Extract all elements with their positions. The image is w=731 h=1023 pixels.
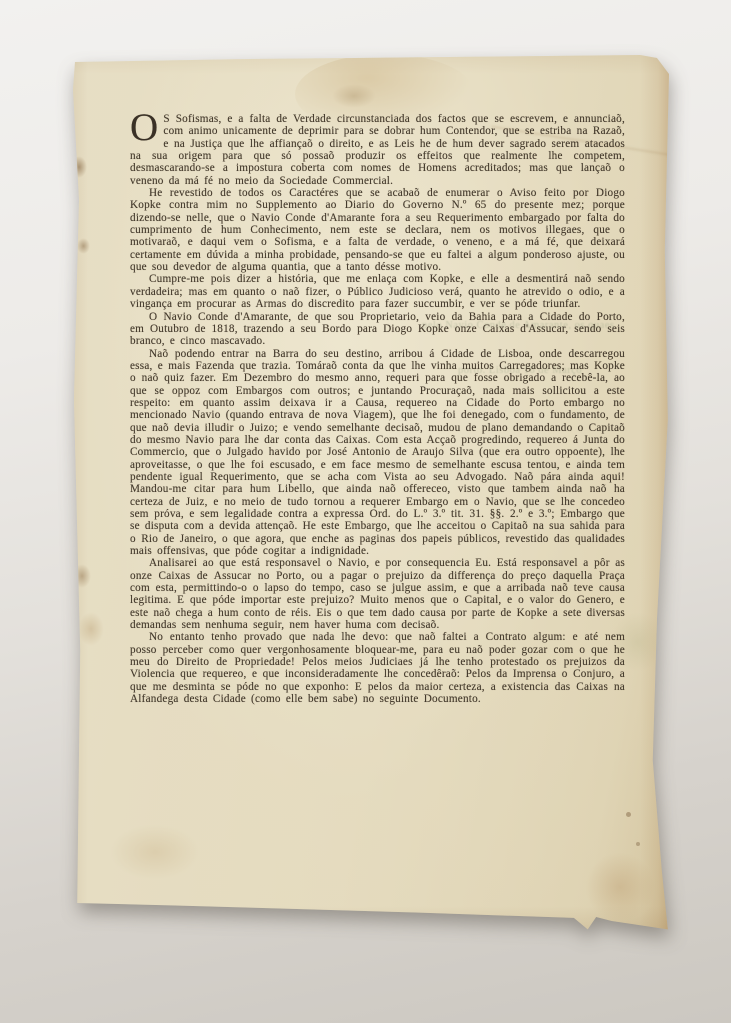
pamphlet-paper: pelo Navio Conde de Amarante, os quaes p… (70, 52, 672, 932)
paragraph: No entanto tenho provado que nada lhe de… (130, 631, 625, 705)
paragraph: OS Sofismas, e a falta de Verdade circun… (130, 113, 625, 187)
stain (78, 612, 104, 646)
paragraph: Analisarei ao que está responsavel o Nav… (130, 557, 625, 631)
stain (110, 824, 200, 880)
stain (636, 842, 640, 846)
stain (626, 812, 631, 817)
drop-cap: O (130, 113, 163, 142)
paragraph: O Navio Conde d'Amarante, de que sou Pro… (130, 311, 625, 348)
stain (71, 156, 87, 178)
document-text-block: OS Sofismas, e a falta de Verdade circun… (130, 113, 625, 706)
paper-shadow-wrap: pelo Navio Conde de Amarante, os quaes p… (0, 0, 731, 1023)
stain (73, 564, 91, 588)
photo-background: pelo Navio Conde de Amarante, os quaes p… (0, 0, 731, 1023)
stain (585, 852, 655, 922)
paragraph: He revestido de todos os Caractéres que … (130, 187, 625, 273)
stain (77, 238, 90, 254)
paragraph: Cumpre-me pois dizer a história, que me … (130, 273, 625, 310)
stain (332, 84, 376, 108)
paragraph-text: S Sofismas, e a falta de Verdade circuns… (130, 113, 625, 187)
paragraph: Naõ podendo entrar na Barra do seu desti… (130, 348, 625, 558)
